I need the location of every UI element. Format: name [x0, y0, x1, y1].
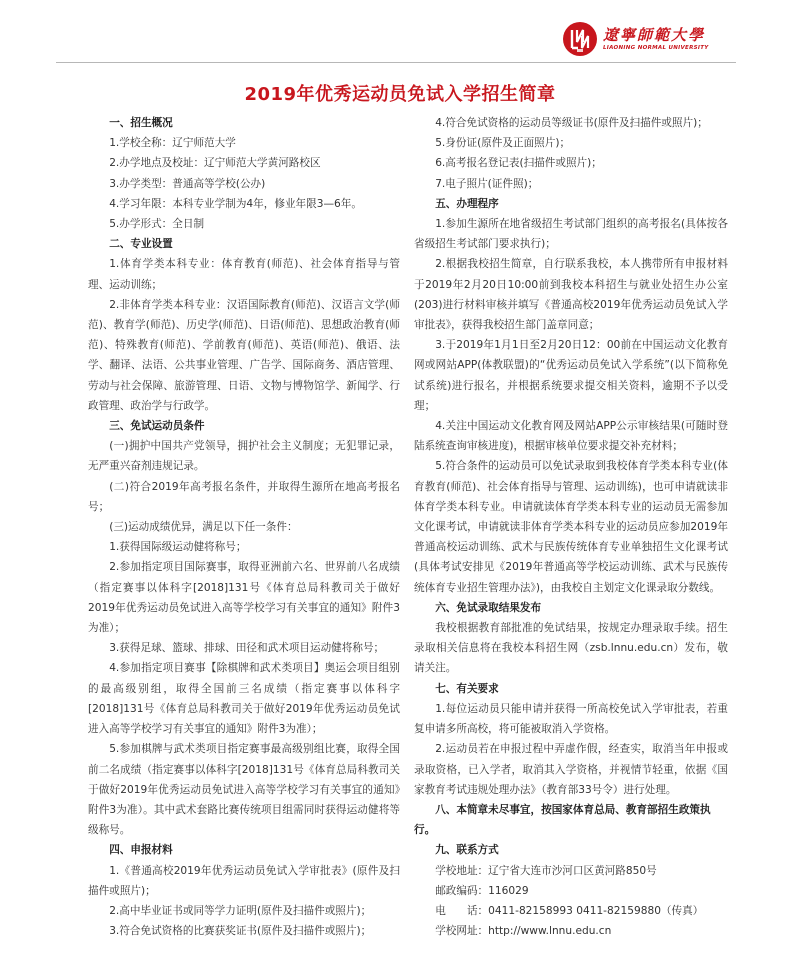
paragraph: 4.关注中国运动文化教育网及网站APP公示审核结果(可随时登陆系统查询审核进度)… [414, 416, 728, 456]
paragraph: 2.运动员若在申报过程中弄虚作假，经查实，取消当年申报或录取资格，已入学者，取消… [414, 739, 728, 800]
section-heading: 二、专业设置 [88, 234, 400, 254]
paragraph: 5.符合条件的运动员可以免试录取到我校体育学类本科专业(体育教育(师范)、社会体… [414, 456, 728, 597]
paragraph: 电 话：0411-82158993 0411-82159880（传真） [414, 901, 728, 921]
paragraph: 邮政编码：116029 [414, 881, 728, 901]
paragraph: 1.参加生源所在地省级招生考试部门组织的高考报名(具体按各省级招生考试部门要求执… [414, 214, 728, 254]
paragraph: 7.电子照片(证件照)； [414, 174, 728, 194]
left-column: 一、招生概况1.学校全称：辽宁师范大学2.办学地点及校址：辽宁师范大学黄河路校区… [88, 113, 400, 941]
paragraph: 1.《普通高校2019年优秀运动员免试入学审批表》(原件及扫描件或照片)； [88, 861, 400, 901]
paragraph: 3.获得足球、篮球、排球、田径和武术项目运动健将称号； [88, 638, 400, 658]
paragraph: 6.高考报名登记表(扫描件或照片)； [414, 153, 728, 173]
paragraph: 2.高中毕业证书或同等学力证明(原件及扫描件或照片)； [88, 901, 400, 921]
paragraph: 学校网址：http://www.lnnu.edu.cn [414, 921, 728, 941]
section-heading: 五、办理程序 [414, 194, 728, 214]
paragraph: 1.每位运动员只能申请并获得一所高校免试入学审批表，若重复申请多所高校，将可能被… [414, 699, 728, 739]
paragraph: 4.参加指定项目赛事【除棋牌和武术类项目】奥运会项目组别的最高级别组，取得全国前… [88, 658, 400, 739]
right-column: 4.符合免试资格的运动员等级证书(原件及扫描件或照片)；5.身份证(原件及正面照… [414, 113, 728, 941]
paragraph: 2.办学地点及校址：辽宁师范大学黄河路校区 [88, 153, 400, 173]
paragraph: 1.体育学类本科专业：体育教育(师范)、社会体育指导与管理、运动训练； [88, 254, 400, 294]
paragraph: (三)运动成绩优异，满足以下任一条件： [88, 517, 400, 537]
paragraph: 4.学习年限：本科专业学制为4年，修业年限3—6年。 [88, 194, 400, 214]
university-name-en: LIAONING NORMAL UNIVERSITY [603, 44, 709, 52]
paragraph: 5.办学形式：全日制 [88, 214, 400, 234]
paragraph: 3.于2019年1月1日至2月20日12：00前在中国运动文化教育网或网站APP… [414, 335, 728, 416]
paragraph: 3.办学类型：普通高等学校(公办) [88, 174, 400, 194]
paragraph: 1.学校全称：辽宁师范大学 [88, 133, 400, 153]
section-heading: 一、招生概况 [88, 113, 400, 133]
university-name-cn: 遼寧師範大學 [603, 26, 709, 44]
paragraph: 5.身份证(原件及正面照片)； [414, 133, 728, 153]
section-heading: 七、有关要求 [414, 679, 728, 699]
section-heading: 九、联系方式 [414, 840, 728, 860]
paragraph: (二)符合2019年高考报名条件，并取得生源所在地高考报名号； [88, 477, 400, 517]
paragraph: 5.参加棋牌与武术类项目指定赛事最高级别组比赛，取得全国前二名成绩（指定赛事以体… [88, 739, 400, 840]
section-heading: 八、本简章未尽事宜，按国家体育总局、教育部招生政策执行。 [414, 800, 728, 840]
paragraph: 我校根据教育部批准的免试结果，按规定办理录取手续。招生录取相关信息将在我校本科招… [414, 618, 728, 679]
paragraph: 3.符合免试资格的比赛获奖证书(原件及扫描件或照片)； [88, 921, 400, 941]
paragraph: 4.符合免试资格的运动员等级证书(原件及扫描件或照片)； [414, 113, 728, 133]
paragraph: 1.获得国际级运动健将称号； [88, 537, 400, 557]
section-heading: 六、免试录取结果发布 [414, 598, 728, 618]
lnnu-emblem-icon [563, 22, 597, 56]
document-header: 遼寧師範大學 LIAONING NORMAL UNIVERSITY [0, 0, 800, 64]
university-logo: 遼寧師範大學 LIAONING NORMAL UNIVERSITY [563, 22, 709, 56]
paragraph: 2.参加指定项目国际赛事，取得亚洲前六名、世界前八名成绩（指定赛事以体科字[20… [88, 557, 400, 638]
paragraph: 2.根据我校招生简章，自行联系我校，本人携带所有申报材料于2019年2月20日1… [414, 254, 728, 335]
page-title: 2019年优秀运动员免试入学招生简章 [0, 80, 800, 106]
header-divider [56, 62, 736, 63]
paragraph: 2.非体育学类本科专业：汉语国际教育(师范)、汉语言文学(师范)、教育学(师范)… [88, 295, 400, 416]
section-heading: 三、免试运动员条件 [88, 416, 400, 436]
paragraph: (一)拥护中国共产党领导，拥护社会主义制度；无犯罪记录，无严重兴奋剂违规记录。 [88, 436, 400, 476]
section-heading: 四、申报材料 [88, 840, 400, 860]
paragraph: 学校地址：辽宁省大连市沙河口区黄河路850号 [414, 861, 728, 881]
